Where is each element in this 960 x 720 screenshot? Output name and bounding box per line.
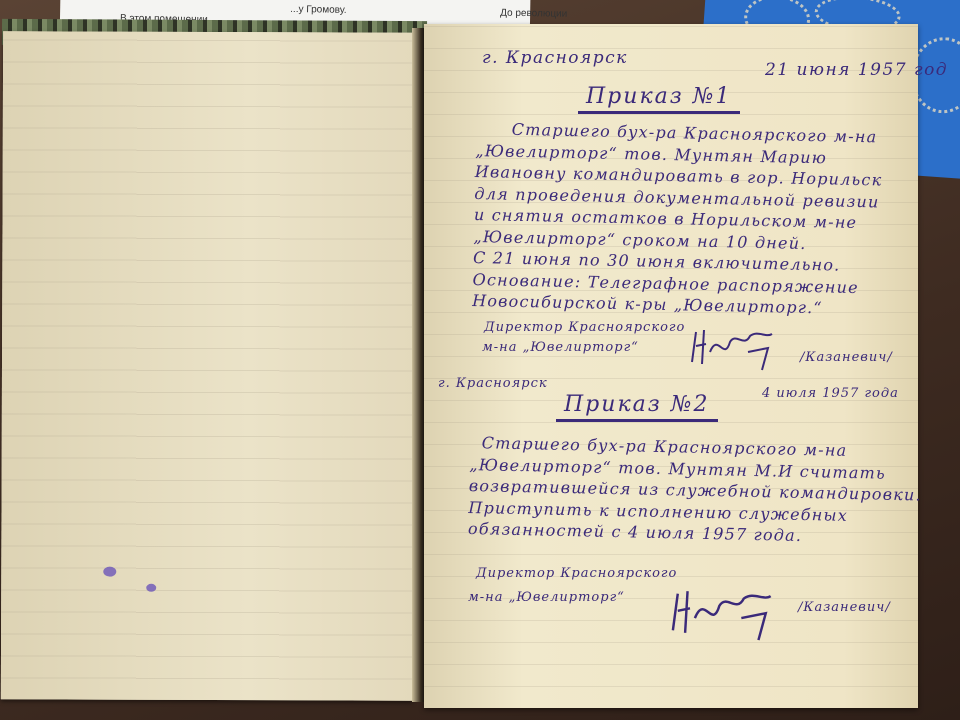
order1-signature [688, 322, 778, 372]
sheet-text: ...у Громову. [290, 4, 347, 16]
order1-city: г. Красноярск [482, 48, 628, 68]
sheet-text: До революции [500, 8, 567, 20]
order2-title: Приказ №2 [556, 392, 718, 422]
left-page-blank [1, 31, 415, 700]
order1-signer-title: Директор Красноярского [484, 320, 685, 335]
order1-date: 21 июня 1957 год [765, 60, 948, 80]
order1-title: Приказ №1 [578, 84, 740, 114]
order1-body: Старшего бух-ра Красноярского м-на „Ювел… [472, 118, 916, 321]
order1-signer-org: м-на „Ювелирторг“ [482, 340, 639, 355]
order2-city: г. Красноярск [438, 376, 548, 391]
order2-signer-title: Директор Красноярского [476, 566, 677, 581]
order2-signer-name: /Казаневич/ [798, 600, 891, 615]
ink-blot [103, 567, 116, 577]
order2-signature [668, 580, 778, 644]
order2-date: 4 июля 1957 года [762, 386, 899, 401]
ink-blot [146, 584, 156, 592]
order2-body: Старшего бух-ра Красноярского м-на „Ювел… [468, 432, 910, 549]
order2-signer-org: м-на „Ювелирторг“ [468, 590, 625, 605]
order1-signer-name: /Казаневич/ [800, 350, 893, 365]
